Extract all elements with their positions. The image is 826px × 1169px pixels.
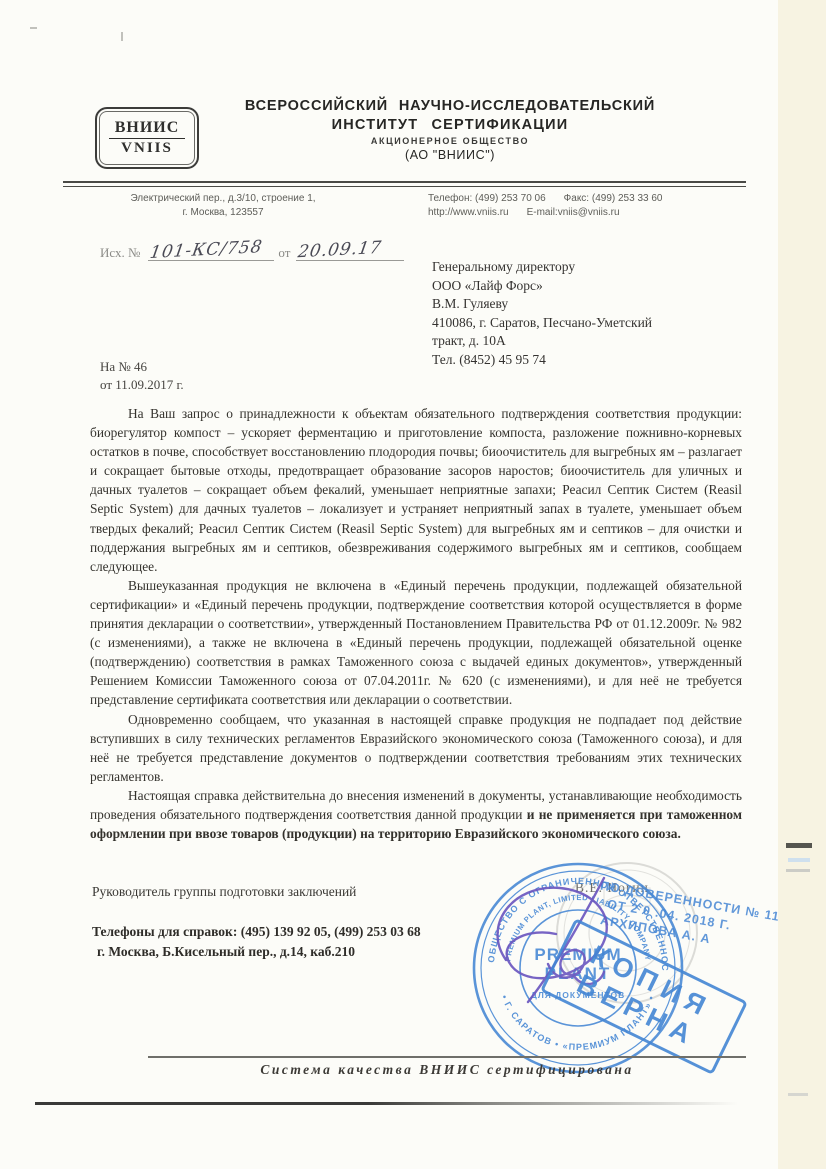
org-address: Электрический пер., д.3/10, строение 1, … [88,192,358,220]
org-address-line2: г. Москва, 123557 [88,206,358,220]
recipient-block: Генеральному директору ООО «Лайф Форс» В… [432,258,652,369]
logo-text-en: VNIIS [121,139,173,157]
header-divider [63,181,746,187]
logo-text-ru: ВНИИС [109,119,186,139]
org-title-line1: ВСЕРОССИЙСКИЙ НАУЧНО-ИССЛЕДОВАТЕЛЬСКИЙ [215,98,685,114]
org-website: http://www.vniis.ru [428,206,509,220]
org-address-line1: Электрический пер., д.3/10, строение 1, [88,192,358,206]
incoming-date: от 11.09.2017 г. [100,376,184,394]
incoming-number: На № 46 [100,358,184,376]
scan-artifact [786,869,810,872]
outgoing-reference: Исх. № 101-КС/758 от 20.09.17 [100,240,404,261]
scan-artifact [786,843,812,848]
org-title-line4: (АО "ВНИИС") [215,148,685,162]
quality-system-note: Система качества ВНИИС сертифицирована [148,1062,746,1078]
incoming-reference: На № 46 от 11.09.2017 г. [100,358,184,394]
body-paragraph-3: Одновременно сообщаем, что указанная в н… [90,710,742,786]
page-bottom-scan-line [35,1102,775,1105]
recipient-line: Тел. (8452) 45 95 74 [432,351,652,370]
org-contacts: Телефон: (499) 253 70 06 Факс: (499) 253… [428,192,758,220]
reference-phones: Телефоны для справок: (495) 139 92 05, (… [92,924,421,940]
outgoing-date-underline: 20.09.17 [296,240,404,261]
recipient-line: ООО «Лайф Форс» [432,277,652,296]
recipient-line: Генеральному директору [432,258,652,277]
scan-artifact [788,858,810,862]
letter-body: На Ваш запрос о принадлежности к объекта… [90,404,742,843]
outgoing-date-handwritten: 20.09.17 [297,238,384,263]
outgoing-label: Исх. № [100,245,140,261]
outgoing-number-underline: 101-КС/758 [148,240,274,261]
scan-artifact [788,1093,808,1096]
outgoing-number-handwritten: 101-КС/758 [149,237,265,263]
body-paragraph-1: На Ваш запрос о принадлежности к объекта… [90,404,742,576]
org-title-line2: ИНСТИТУТ СЕРТИФИКАЦИИ [215,117,685,133]
vniis-logo: ВНИИС VNIIS [95,107,199,169]
scan-artifact [30,27,37,29]
scan-artifact [121,32,123,41]
body-paragraph-4: Настоящая справка действительна до внесе… [90,786,742,843]
recipient-line: В.М. Гуляеву [432,295,652,314]
org-fax: Факс: (499) 253 33 60 [564,192,663,206]
scan-edge-strip [778,0,826,1169]
recipient-line: тракт, д. 10А [432,332,652,351]
body-paragraph-2: Вышеуказанная продукция не включена в «Е… [90,576,742,710]
scanned-letter-page: ВНИИС VNIIS ВСЕРОССИЙСКИЙ НАУЧНО-ИССЛЕДО… [0,0,826,1169]
footer-divider [148,1056,746,1058]
signer-position: Руководитель группы подготовки заключени… [92,884,356,900]
organization-title: ВСЕРОССИЙСКИЙ НАУЧНО-ИССЛЕДОВАТЕЛЬСКИЙ И… [215,98,685,162]
org-phone: Телефон: (499) 253 70 06 [428,192,546,206]
org-email: E-mail:vniis@vniis.ru [527,206,620,220]
outgoing-from-label: от [278,245,290,261]
org-title-line3: АКЦИОНЕРНОЕ ОБЩЕСТВО [215,136,685,146]
office-address: г. Москва, Б.Кисельный пер., д.14, каб.2… [97,944,355,960]
recipient-line: 410086, г. Саратов, Песчано-Уметский [432,314,652,333]
